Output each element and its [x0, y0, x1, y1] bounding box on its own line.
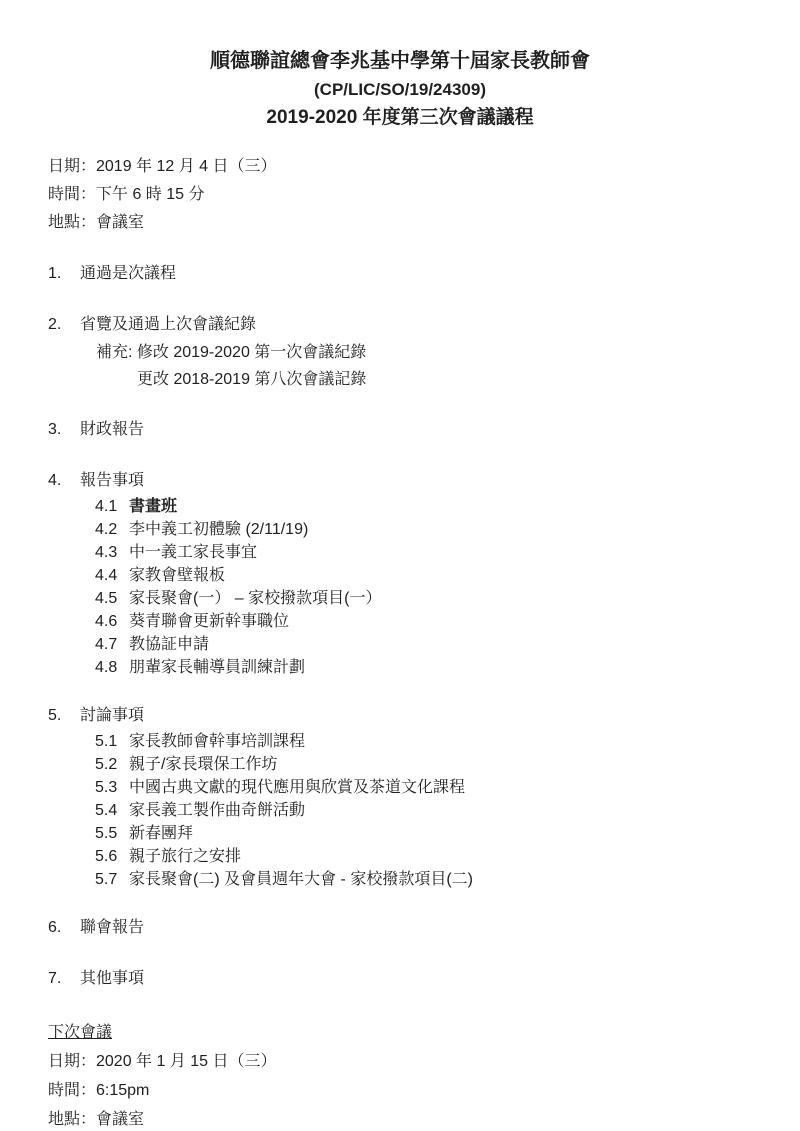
agenda-item: 6. 聯會報告 — [48, 914, 752, 942]
reference-number: (CP/LIC/SO/19/24309) — [48, 76, 752, 103]
agenda-item-number: 1. — [48, 260, 80, 288]
agenda-item-head: 5. 討論事項 — [48, 702, 752, 730]
agenda-item-title: 聯會報告 — [80, 914, 752, 942]
agenda-subitem-text: 中國古典文獻的現代應用與欣賞及茶道文化課程 — [129, 776, 752, 799]
agenda-subitem-text: 家長義工製作曲奇餅活動 — [129, 799, 752, 822]
agenda-subitem: 5.5 新春團拜 — [95, 822, 752, 845]
agenda-subitem-list: 4.1 書畫班 4.2 李中義工初體驗 (2/11/19) 4.3 中一義工家長… — [95, 495, 752, 679]
agenda-subitem-text: 家長聚會(一） – 家校撥款項目(一） — [129, 587, 752, 610]
agenda-subitem-text: 書畫班 — [129, 495, 752, 518]
agenda-item-notes: 補充: 修改 2019-2020 第一次會議紀錄 更改 2018-2019 第八… — [48, 339, 752, 393]
meeting-info-block: 日期：2019 年 12 月 4 日（三） 時間：下午 6 時 15 分 地點：… — [48, 153, 752, 237]
agenda-item-head: 6. 聯會報告 — [48, 914, 752, 942]
agenda-item-title: 報告事項 — [80, 467, 752, 495]
agenda-subitem-text: 家教會壁報板 — [129, 564, 752, 587]
agenda-item-head: 7. 其他事項 — [48, 965, 752, 993]
agenda-subitem-text: 朋輩家長輔導員訓練計劃 — [129, 656, 752, 679]
agenda-item-head: 1. 通過是次議程 — [48, 260, 752, 288]
agenda-item-head: 2. 省覽及通過上次會議紀錄 — [48, 311, 752, 339]
document-header: 順德聯誼總會李兆基中學第十屆家長教師會 (CP/LIC/SO/19/24309)… — [48, 46, 752, 132]
agenda-item-title: 省覽及通過上次會議紀錄 — [80, 311, 752, 339]
agenda-subitem-number: 4.7 — [95, 633, 129, 656]
agenda-item-title: 通過是次議程 — [80, 260, 752, 288]
agenda-subitem: 5.3 中國古典文獻的現代應用與欣賞及茶道文化課程 — [95, 776, 752, 799]
agenda-item-title: 其他事項 — [80, 965, 752, 993]
agenda-subitem-number: 4.4 — [95, 564, 129, 587]
agenda-subitem-number: 4.8 — [95, 656, 129, 679]
agenda-subitem-text: 新春團拜 — [129, 822, 752, 845]
agenda-subitem: 4.4 家教會壁報板 — [95, 564, 752, 587]
next-meeting-venue-line: 地點：會議室 — [48, 1105, 752, 1131]
agenda-subitem-number: 5.4 — [95, 799, 129, 822]
agenda-subitem-text: 教協証申請 — [129, 633, 752, 656]
agenda-item-head: 4. 報告事項 — [48, 467, 752, 495]
next-meeting-time-line: 時間：6:15pm — [48, 1076, 752, 1105]
agenda-subitem-number: 4.2 — [95, 518, 129, 541]
agenda-subitem-number: 5.2 — [95, 753, 129, 776]
agenda-subitem: 4.5 家長聚會(一） – 家校撥款項目(一） — [95, 587, 752, 610]
meeting-venue-line: 地點：會議室 — [48, 209, 752, 237]
agenda-subitem-text: 親子/家長環保工作坊 — [129, 753, 752, 776]
agenda-item-number: 2. — [48, 311, 80, 339]
agenda-note-line: 補充: 修改 2019-2020 第一次會議紀錄 — [96, 339, 752, 366]
agenda-item-number: 5. — [48, 702, 80, 730]
agenda-document-page: 順德聯誼總會李兆基中學第十屆家長教師會 (CP/LIC/SO/19/24309)… — [0, 0, 800, 1131]
agenda-subitem: 4.6 葵青聯會更新幹事職位 — [95, 610, 752, 633]
agenda-item-number: 3. — [48, 416, 80, 444]
agenda-subitem-number: 5.1 — [95, 730, 129, 753]
agenda-item: 1. 通過是次議程 — [48, 260, 752, 288]
agenda-item: 5. 討論事項 5.1 家長教師會幹事培訓課程 5.2 親子/家長環保工作坊 5… — [48, 702, 752, 891]
agenda-subitem-text: 家長教師會幹事培訓課程 — [129, 730, 752, 753]
agenda-subitem: 5.1 家長教師會幹事培訓課程 — [95, 730, 752, 753]
agenda-subitem: 4.2 李中義工初體驗 (2/11/19) — [95, 518, 752, 541]
agenda-item-number: 4. — [48, 467, 80, 495]
agenda-item: 3. 財政報告 — [48, 416, 752, 444]
next-meeting-block: 下次會議 日期：2020 年 1 月 15 日（三） 時間：6:15pm 地點：… — [48, 1019, 752, 1131]
agenda-subitem-text: 李中義工初體驗 (2/11/19) — [129, 518, 752, 541]
agenda-subitem: 4.3 中一義工家長事宜 — [95, 541, 752, 564]
agenda-item-title: 財政報告 — [80, 416, 752, 444]
agenda-subitem-number: 5.6 — [95, 845, 129, 868]
agenda-item-title: 討論事項 — [80, 702, 752, 730]
agenda-item-head: 3. 財政報告 — [48, 416, 752, 444]
agenda-subitem-number: 5.7 — [95, 868, 129, 891]
agenda-subitem-number: 4.3 — [95, 541, 129, 564]
agenda-subitem: 5.6 親子旅行之安排 — [95, 845, 752, 868]
meeting-date-line: 日期：2019 年 12 月 4 日（三） — [48, 153, 752, 181]
agenda-subitem-number: 5.5 — [95, 822, 129, 845]
agenda-item-number: 6. — [48, 914, 80, 942]
agenda-subitem-text: 家長聚會(二) 及會員週年大會 - 家校撥款項目(二) — [129, 868, 752, 891]
agenda-subitem: 5.7 家長聚會(二) 及會員週年大會 - 家校撥款項目(二) — [95, 868, 752, 891]
agenda-subitem-text: 中一義工家長事宜 — [129, 541, 752, 564]
organization-title: 順德聯誼總會李兆基中學第十屆家長教師會 — [48, 46, 752, 76]
agenda-item: 4. 報告事項 4.1 書畫班 4.2 李中義工初體驗 (2/11/19) 4.… — [48, 467, 752, 679]
meeting-time-line: 時間：下午 6 時 15 分 — [48, 181, 752, 209]
agenda-subitem: 5.4 家長義工製作曲奇餅活動 — [95, 799, 752, 822]
agenda-subitem-number: 4.6 — [95, 610, 129, 633]
agenda-subitem: 4.1 書畫班 — [95, 495, 752, 518]
agenda-subitem: 5.2 親子/家長環保工作坊 — [95, 753, 752, 776]
agenda-item-number: 7. — [48, 965, 80, 993]
agenda-item: 7. 其他事項 — [48, 965, 752, 993]
agenda-list: 1. 通過是次議程 2. 省覽及通過上次會議紀錄 補充: 修改 2019-202… — [48, 260, 752, 993]
agenda-subitem-text: 葵青聯會更新幹事職位 — [129, 610, 752, 633]
agenda-subitem-number: 4.1 — [95, 495, 129, 518]
next-meeting-date-line: 日期：2020 年 1 月 15 日（三） — [48, 1047, 752, 1076]
agenda-note-line: 更改 2018-2019 第八次會議記錄 — [137, 366, 752, 393]
agenda-subitem: 4.7 教協証申請 — [95, 633, 752, 656]
agenda-subitem-text: 親子旅行之安排 — [129, 845, 752, 868]
next-meeting-heading: 下次會議 — [48, 1019, 752, 1047]
agenda-subitem-number: 4.5 — [95, 587, 129, 610]
agenda-subitem: 4.8 朋輩家長輔導員訓練計劃 — [95, 656, 752, 679]
agenda-subitem-number: 5.3 — [95, 776, 129, 799]
agenda-subitem-list: 5.1 家長教師會幹事培訓課程 5.2 親子/家長環保工作坊 5.3 中國古典文… — [95, 730, 752, 891]
document-title: 2019-2020 年度第三次會議議程 — [48, 103, 752, 132]
agenda-item: 2. 省覽及通過上次會議紀錄 補充: 修改 2019-2020 第一次會議紀錄 … — [48, 311, 752, 393]
